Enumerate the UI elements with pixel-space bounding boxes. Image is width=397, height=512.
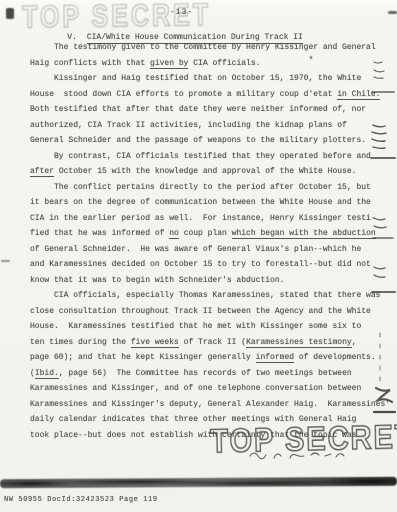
text-line: close consultation throughout Track II b… <box>30 304 386 320</box>
document-body: The testimony given to the Committee by … <box>30 40 386 443</box>
text-line: House. Karamessines testified that he me… <box>30 319 386 335</box>
ink-mark <box>1 260 10 262</box>
scan-artifact-line <box>0 477 397 488</box>
ink-mark <box>388 11 397 14</box>
text-line: and Karamessines decided on October 15 t… <box>30 257 386 273</box>
text-line: General Schneider and the passage of wea… <box>30 133 386 149</box>
margin-annotation <box>370 214 397 244</box>
text-line: ten times during the five weeks of Track… <box>30 335 386 351</box>
text-line: after October 15 with the knowledge and … <box>30 164 386 180</box>
margin-annotation <box>369 264 397 298</box>
page-number: -13- <box>170 8 193 17</box>
text-line: Haig conflicts with that given by CIA of… <box>30 56 386 72</box>
release-footer: NW 50955 DocId:32423523 Page 119 <box>4 496 158 504</box>
text-line: Karamessines and Kissinger's deputy, Gen… <box>30 397 386 413</box>
margin-annotation <box>370 58 397 98</box>
margin-annotation <box>368 122 397 164</box>
text-line: By contrast, CIA officials testified tha… <box>30 149 386 165</box>
text-line: took place--but does not establish with … <box>30 428 386 444</box>
text-line: Both testified that after that date they… <box>30 102 386 118</box>
ink-mark <box>310 56 312 59</box>
text-line: (Ibid., page 56) The Committee has recor… <box>30 366 386 382</box>
margin-annotation <box>372 330 397 418</box>
text-line: of General Schneider. He was aware of Ge… <box>30 242 386 258</box>
handwritten-scribble <box>248 446 363 464</box>
text-line: it bears on the degree of communication … <box>30 195 386 211</box>
ink-mark <box>6 8 14 19</box>
text-line: CIA officials, especially Thomas Karames… <box>30 288 386 304</box>
text-line: Karamessines and Kissinger, and of one t… <box>30 381 386 397</box>
text-line: daily calendar indicates that three othe… <box>30 412 386 428</box>
text-line: The conflict pertains directly to the pe… <box>30 180 386 196</box>
text-line: The testimony given to the Committee by … <box>30 40 386 56</box>
text-line: page 60); and that he kept Kissinger gen… <box>30 350 386 366</box>
text-line: fied that he was informed of no coup pla… <box>30 226 386 242</box>
text-line: authorized, CIA Track II activities, inc… <box>30 118 386 134</box>
text-line: know that it was to begin with Schneider… <box>30 273 386 289</box>
text-line: CIA in the earlier period as well. For i… <box>30 211 386 227</box>
scanned-document-page: TOP SECRET -13- V.CIA/White House Commun… <box>0 0 397 512</box>
text-line: House stood down CIA efforts to promote … <box>30 87 386 103</box>
text-line: Kissinger and Haig testified that on Oct… <box>30 71 386 87</box>
